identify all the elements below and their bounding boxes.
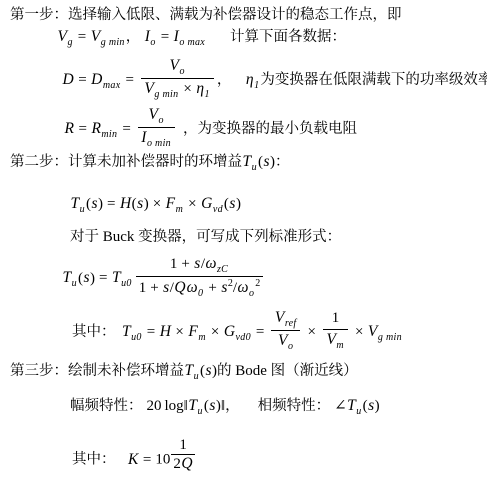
math-text: + <box>208 280 216 296</box>
math-var: D <box>62 71 74 88</box>
numerator: Vref <box>271 308 300 330</box>
math-var: D <box>91 71 103 88</box>
math-text: log <box>165 398 184 414</box>
math-text: = <box>78 121 86 137</box>
subscript: u0 <box>131 332 143 343</box>
spacer <box>206 40 230 41</box>
math-text: ) <box>375 398 380 414</box>
math-var: T <box>62 269 72 286</box>
cjk-text: 计算未加补偿器时的环增益 <box>68 154 242 170</box>
math-text: ) <box>236 196 241 212</box>
math-var: T <box>184 362 194 379</box>
math-text: Bode <box>231 363 270 379</box>
cjk-text: 选择输入低限、满载为补偿器设计的稳态工作点，即 <box>68 7 402 23</box>
subscript: o <box>150 37 156 48</box>
numerator: 1 <box>171 437 195 454</box>
math-text: = <box>147 324 155 340</box>
subscript: g min <box>101 37 126 48</box>
k-factor-formula: 其中：K=1012Q <box>72 437 196 474</box>
math-var: s <box>368 397 375 414</box>
math-var: V <box>274 309 284 326</box>
math-text: = <box>107 196 115 212</box>
math-text: × <box>175 324 183 340</box>
subscript: o min <box>147 138 172 149</box>
bode-characteristics-line: 幅频特性：20log‖Tu(s)‖，相频特性：∠Tu(s) <box>70 396 380 419</box>
subscript: 0 <box>198 288 204 299</box>
subscript: o <box>249 288 255 299</box>
math-var: T <box>122 323 132 340</box>
fraction: 1Vm <box>323 309 348 352</box>
math-var: η <box>196 80 205 97</box>
math-text: = <box>122 121 130 137</box>
math-text: = <box>99 270 107 286</box>
document-page: 第一步：选择输入低限、满载为补偿器设计的稳态工作点，即Vg=Vg min，Io=… <box>0 0 487 479</box>
cjk-text: ， <box>126 29 141 45</box>
denominator: 1+s/Qω0+s2/ωo2 <box>136 276 264 300</box>
math-var: ω <box>237 279 249 296</box>
subscript: max <box>103 80 122 91</box>
math-var: V <box>148 106 158 123</box>
math-var: η <box>245 71 254 88</box>
cjk-text: 其中： <box>72 452 116 468</box>
subscript: m <box>176 204 185 215</box>
math-text: + <box>150 280 158 296</box>
math-var: T <box>188 397 198 414</box>
math-var: H <box>159 323 171 340</box>
cjk-text: 为变换器在低限满载下的功率级效率 <box>260 72 487 88</box>
math-text: 1 <box>139 280 147 296</box>
cjk-text: 图（渐近线） <box>271 363 358 379</box>
math-text: × <box>307 324 315 340</box>
denominator: Vm <box>323 329 348 352</box>
math-var: s <box>209 397 216 414</box>
duty-cycle-formula: D=Dmax=VoVg min×η1，η1为变换器在低限满载下的功率级效率 <box>62 58 487 103</box>
math-text: = <box>256 324 264 340</box>
math-var: K <box>128 451 139 468</box>
cjk-text: 的 <box>217 363 232 379</box>
spacer <box>116 463 128 464</box>
uncompensated-loop-gain-formula: Tu(s)=H(s)×Fm×Gvd(s) <box>70 194 241 217</box>
subscript: ref <box>285 318 298 329</box>
math-text: ) <box>98 196 103 212</box>
cjk-text: ， <box>225 398 240 414</box>
math-text: ( <box>363 398 368 414</box>
math-text: × <box>188 196 196 212</box>
math-var: ω <box>186 279 198 296</box>
subscript: o max <box>179 37 206 48</box>
math-var: H <box>119 195 131 212</box>
math-text: ( <box>132 196 137 212</box>
math-var: T <box>70 195 80 212</box>
math-var: R <box>64 120 74 137</box>
subscript: zC <box>217 264 229 275</box>
math-text: × <box>183 81 191 97</box>
math-text: 1 <box>170 256 178 272</box>
spacer <box>231 83 245 84</box>
math-var: s <box>137 195 144 212</box>
subscript: g min <box>378 332 403 343</box>
cjk-text: 绘制未补偿环增益 <box>68 363 184 379</box>
math-var: Q <box>181 455 193 472</box>
standard-form-formula: Tu(s)=Tu01+s/ωzC1+s/Qω0+s2/ωo2 <box>62 256 266 302</box>
math-text: = <box>78 29 86 45</box>
fraction: 12Q <box>171 437 195 474</box>
math-var: Q <box>174 279 186 296</box>
step3-heading: 第三步：绘制未补偿环增益Tu(s)的 Bode 图（渐近线） <box>10 361 358 384</box>
subscript: vd <box>213 204 224 215</box>
math-text: 2 <box>173 456 181 472</box>
subscript: o <box>158 115 164 126</box>
math-text: = <box>125 72 133 88</box>
math-var: s <box>163 279 170 296</box>
math-var: s <box>83 269 90 286</box>
cjk-text: ， <box>217 72 232 88</box>
math-var: ω <box>205 255 217 272</box>
cjk-text: 其中： <box>72 324 116 340</box>
math-var: T <box>347 397 357 414</box>
subscript: min <box>101 129 118 140</box>
numerator: Vo <box>138 105 175 127</box>
math-text: = <box>78 72 86 88</box>
math-var: V <box>169 57 179 74</box>
cjk-text: ，为变换器的最小负载电阻 <box>183 121 357 137</box>
subscript: u0 <box>121 278 133 289</box>
denominator: Io min <box>138 127 175 150</box>
steady-state-point-formula: Vg=Vg min，Io=Io max计算下面各数据： <box>57 27 346 50</box>
subscript: 1 <box>205 89 211 100</box>
subscript: g min <box>154 89 179 100</box>
math-text: + <box>181 256 189 272</box>
math-text: 20 <box>147 398 162 414</box>
subscript: o <box>179 66 185 77</box>
math-var: R <box>91 120 101 137</box>
math-text: ) <box>144 196 149 212</box>
math-text: × <box>153 196 161 212</box>
subscript: m <box>336 340 345 351</box>
math-var: V <box>278 332 288 349</box>
math-var: V <box>90 28 100 45</box>
denominator: Vo <box>271 330 300 353</box>
cjk-text: 计算下面各数据： <box>230 29 346 45</box>
spacer <box>116 335 122 336</box>
step2-heading: 第二步：计算未加补偿器时的环增益Tu(s)： <box>10 152 289 175</box>
math-var: s <box>229 195 236 212</box>
fraction: VoVg min×η1 <box>141 56 214 101</box>
cjk-text: 第二步： <box>10 154 68 170</box>
load-resistance-formula: R=Rmin=VoIo min，为变换器的最小负载电阻 <box>64 107 357 152</box>
math-text: × <box>355 324 363 340</box>
denominator: 2Q <box>171 454 195 473</box>
math-text: × <box>211 324 219 340</box>
math-text: ∠ <box>334 398 347 414</box>
math-var: V <box>144 80 154 97</box>
math-var: F <box>188 323 198 340</box>
math-var: V <box>57 28 67 45</box>
cjk-text: 幅频特性： <box>70 398 143 414</box>
math-text: Buck <box>99 229 138 245</box>
cjk-text: 第三步： <box>10 363 68 379</box>
superscript: 12Q <box>170 450 196 461</box>
math-text: ) <box>90 270 95 286</box>
math-text: 10 <box>155 452 170 468</box>
math-var: G <box>201 195 213 212</box>
cjk-text: 相频特性： <box>258 398 331 414</box>
numerator: Vo <box>141 56 214 78</box>
denominator: Vg min×η1 <box>141 78 214 101</box>
buck-standard-form-note: 对于 Buck 变换器，可写成下列标准形式： <box>70 228 341 247</box>
fraction: 1+s/ωzC1+s/Qω0+s2/ωo2 <box>136 254 264 300</box>
tu0-definition-formula: 其中：Tu0=H×Fm×Gvd0=VrefVo×1Vm×Vg min <box>72 310 403 355</box>
math-var: T <box>242 153 252 170</box>
cjk-text: 对于 <box>70 229 99 245</box>
superscript: 2 <box>255 278 260 289</box>
cjk-text: ： <box>275 154 290 170</box>
math-var: G <box>223 323 235 340</box>
math-text: = <box>143 452 151 468</box>
math-text: = <box>161 29 169 45</box>
subscript: g <box>67 37 73 48</box>
math-var: s <box>91 195 98 212</box>
math-var: F <box>165 195 175 212</box>
numerator: 1 <box>323 309 348 329</box>
subscript: vd0 <box>236 332 252 343</box>
cjk-text: 变换器，可写成下列标准形式： <box>138 229 341 245</box>
math-var: s <box>205 362 212 379</box>
math-var: s <box>263 153 270 170</box>
fraction: VrefVo <box>271 308 300 353</box>
subscript: m <box>198 332 207 343</box>
subscript: o <box>288 341 294 352</box>
math-var: T <box>111 269 121 286</box>
math-var: V <box>326 331 336 348</box>
cjk-text: 第一步： <box>10 7 68 23</box>
math-text: 1 <box>332 310 340 326</box>
numerator: 1+s/ωzC <box>136 254 264 276</box>
step1-heading: 第一步：选择输入低限、满载为补偿器设计的稳态工作点，即 <box>10 6 402 25</box>
math-var: V <box>367 323 377 340</box>
fraction: VoIo min <box>138 105 175 150</box>
spacer <box>240 409 258 410</box>
math-text: 1 <box>179 437 187 453</box>
